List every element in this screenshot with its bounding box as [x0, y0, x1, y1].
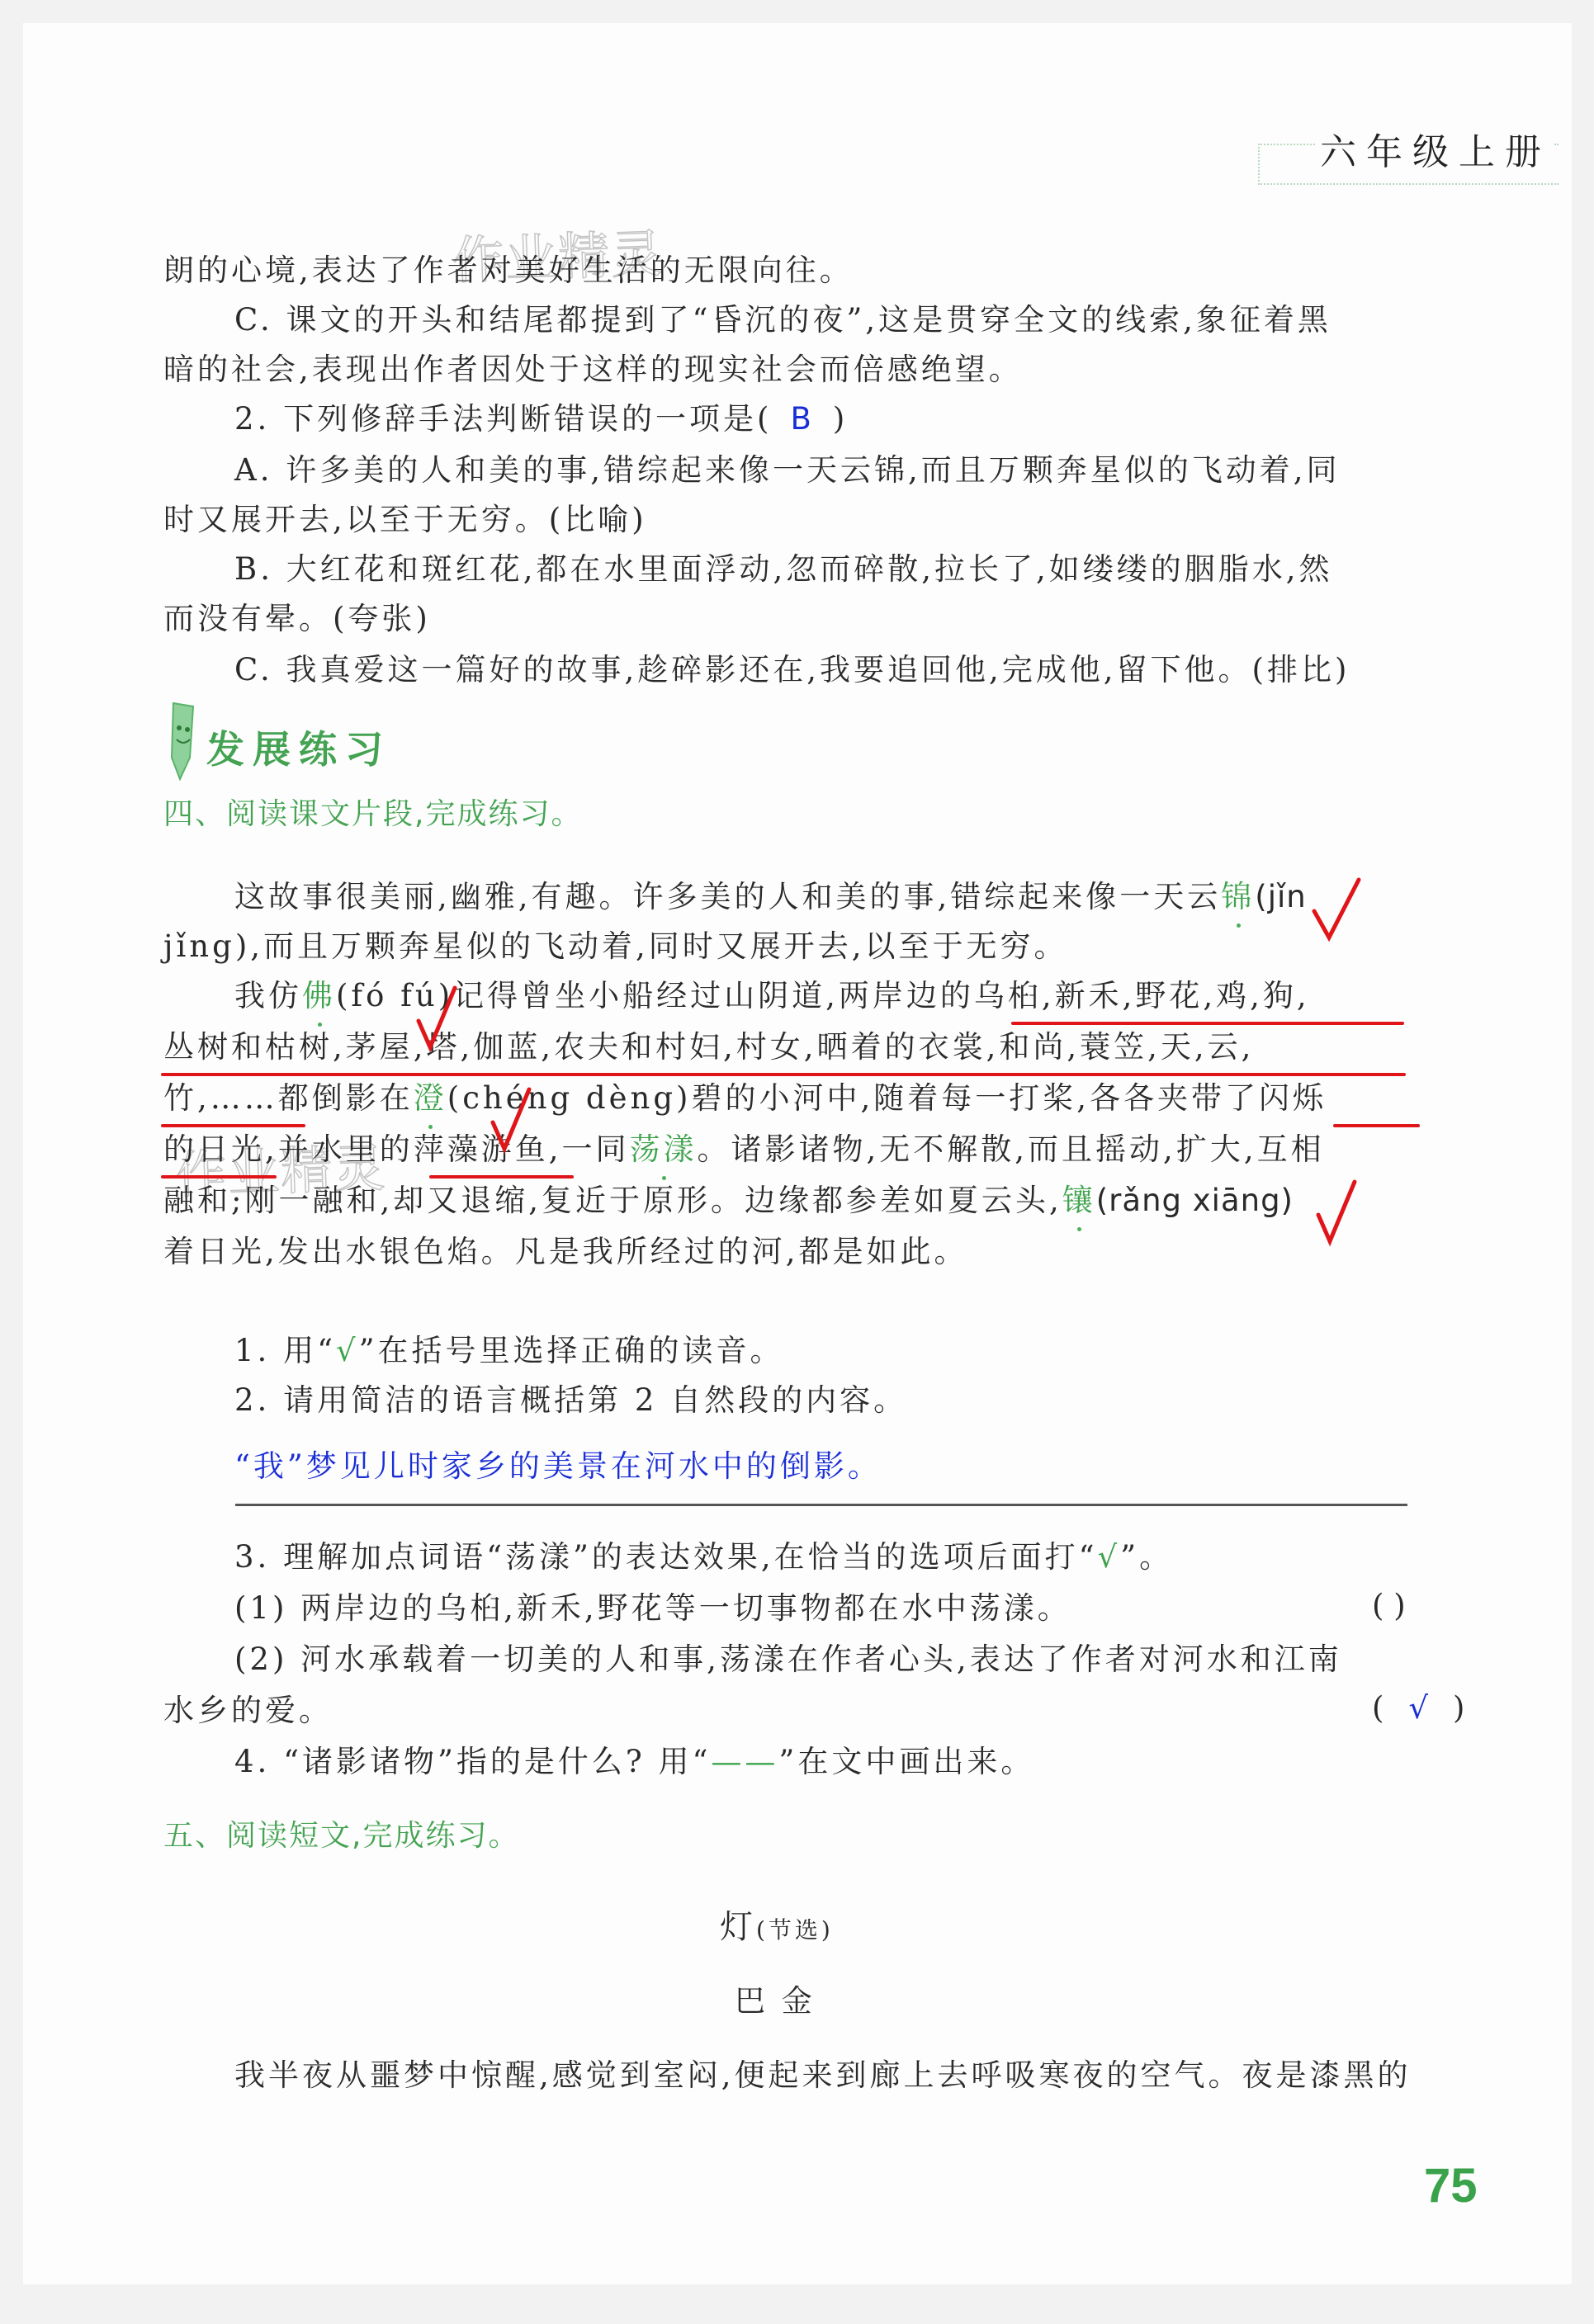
- question-text: ”。: [1120, 1539, 1173, 1575]
- option-c-line: 暗的社会,表现出作者因处于这样的现实社会而倍感绝望。: [163, 349, 1023, 390]
- red-underline-mark: [429, 1175, 574, 1179]
- answer-text[interactable]: “我”梦见儿时家乡的美景在河水中的倒影。: [234, 1446, 882, 1487]
- red-underline-mark: [161, 1175, 277, 1179]
- passage-text: (fó fú)记得曾坐小船经过山阴道,两岸边的乌桕,新禾,野花,鸡,狗,: [336, 978, 1310, 1013]
- passage-text: 竹,……都倒影在: [163, 1080, 414, 1116]
- pencil-mascot-icon: [165, 700, 200, 782]
- dotted-word: 锦: [1221, 876, 1255, 918]
- check-mark-icon: √: [336, 1333, 359, 1368]
- red-underline-mark: [1333, 1124, 1420, 1127]
- passage-line: 着日光,发出水银色焰。凡是我所经过的河,都是如此。: [163, 1231, 968, 1273]
- passage-text: 这故事很美丽,幽雅,有趣。许多美的人和美的事,错综起来像一天云: [234, 879, 1221, 914]
- passage-line: 我仿佛(fó fú)记得曾坐小船经过山阴道,两岸边的乌桕,新禾,野花,鸡,狗,: [234, 975, 1310, 1017]
- question-4: 4. “诸影诸物”指的是什么? 用“——”在文中画出来。: [234, 1741, 1034, 1783]
- underline-symbol: ——: [711, 1744, 778, 1779]
- dotted-word: 镶: [1062, 1180, 1096, 1221]
- article-author: 巴 金: [735, 1981, 816, 2022]
- red-check-icon: [417, 986, 458, 1051]
- passage-line: 这故事很美丽,幽雅,有趣。许多美的人和美的事,错综起来像一天云锦(jǐn: [234, 876, 1307, 918]
- passage-text: 融和;刚一融和,却又退缩,复近于原形。边缘都参差如夏云头,: [163, 1183, 1062, 1218]
- dotted-word: 佛: [302, 975, 336, 1017]
- page-number: 75: [1424, 2158, 1478, 2213]
- article-line: 我半夜从噩梦中惊醒,感觉到室闷,便起来到廊上去呼吸寒夜的空气。夜是漆黑的: [234, 2055, 1412, 2096]
- pinyin-option: (rǎng xiāng): [1096, 1183, 1294, 1218]
- article-note: (节选): [756, 1916, 834, 1944]
- answer-box[interactable]: (√): [1372, 1690, 1464, 1726]
- red-underline-mark: [161, 1073, 1406, 1076]
- red-underline-mark: [161, 1124, 305, 1127]
- passage-text: (chéng dèng)碧的小河中,随着每一打桨,各各夹带了闪烁: [447, 1080, 1327, 1116]
- option-c-line: C. 课文的开头和结尾都提到了“昏沉的夜”,这是贯穿全文的线索,象征着黑: [234, 300, 1331, 341]
- paren-close: ): [1453, 1690, 1464, 1726]
- text-line: 朗的心境,表达了作者对美好生活的无限向往。: [163, 250, 854, 291]
- option-2: (2) 河水承载着一切美的人和事,荡漾在作者心头,表达了作者对河水和江南: [234, 1639, 1342, 1680]
- question-text: ”在文中画出来。: [778, 1744, 1034, 1779]
- answer-b: B: [773, 401, 833, 437]
- option-a-line: A. 许多美的人和美的事,错综起来像一天云锦,而且万颗奔星似的飞动着,同: [234, 450, 1341, 491]
- passage-line: 竹,……都倒影在澄(chéng dèng)碧的小河中,随着每一打桨,各各夹带了闪…: [163, 1078, 1327, 1119]
- option-2: 水乡的爱。: [163, 1690, 333, 1731]
- red-check-icon: [1313, 876, 1362, 942]
- part-5-heading: 五、阅读短文,完成练习。: [163, 1816, 519, 1857]
- answer-box[interactable]: ( ): [1372, 1588, 1406, 1623]
- option-b-line: B. 大红花和斑红花,都在水里面浮动,忽而碎散,拉长了,如缕缕的胭脂水,然: [234, 549, 1333, 590]
- red-check-icon: [491, 1088, 532, 1154]
- check-mark-icon: √: [1098, 1539, 1121, 1575]
- question-text: 3. 理解加点词语“荡漾”的表达效果,在恰当的选项后面打“: [234, 1539, 1098, 1575]
- part-4-heading: 四、阅读课文片段,完成练习。: [163, 794, 582, 835]
- grade-label: 六年级上册: [1317, 122, 1554, 175]
- question-text: 4. “诸影诸物”指的是什么? 用“: [234, 1744, 711, 1779]
- dotted-word: 荡漾: [630, 1129, 698, 1170]
- article-title-text: 灯: [720, 1908, 756, 1946]
- passage-line: 融和;刚一融和,却又退缩,复近于原形。边缘都参差如夏云头,镶(rǎng xiān…: [163, 1180, 1294, 1221]
- dotted-word: 澄: [414, 1078, 447, 1119]
- option-c-line: C. 我真爱这一篇好的故事,趁碎影还在,我要追回他,完成他,留下他。(排比): [234, 649, 1350, 691]
- option-1: (1) 两岸边的乌桕,新禾,野花等一切事物都在水中荡漾。: [234, 1588, 1071, 1629]
- question-text: 1. 用“: [234, 1333, 336, 1368]
- question-2-prompt: 2. 下列修辞手法判断错误的一项是(: [234, 401, 773, 437]
- passage-line: 的日光,并水里的萍藻游鱼,一同荡漾。诸影诸物,无不解散,而且摇动,扩大,互相: [163, 1129, 1325, 1170]
- question-text: ”在括号里选择正确的读音。: [359, 1333, 784, 1368]
- article-title: 灯(节选): [720, 1906, 834, 1951]
- option-a-line: 时又展开去,以至于无穷。(比喻): [163, 499, 647, 541]
- question-3: 3. 理解加点词语“荡漾”的表达效果,在恰当的选项后面打“√”。: [234, 1537, 1173, 1578]
- blue-check-answer: √: [1384, 1690, 1453, 1726]
- question-1: 1. 用“√”在括号里选择正确的读音。: [234, 1330, 783, 1372]
- red-check-icon: [1317, 1180, 1358, 1246]
- passage-line: jǐng),而且万颗奔星似的飞动着,同时又展开去,以至于无穷。: [163, 926, 1068, 967]
- question-2: 2. 请用简洁的语言概括第 2 自然段的内容。: [234, 1380, 907, 1421]
- section-title: 发展练习: [206, 720, 391, 774]
- paren-close: ): [833, 401, 848, 437]
- question-2: 2. 下列修辞手法判断错误的一项是(B): [234, 399, 848, 440]
- passage-line: 丛树和枯树,茅屋,塔,伽蓝,农夫和村妇,村女,晒着的衣裳,和尚,蓑笠,天,云,: [163, 1027, 1254, 1068]
- pinyin-option: (jǐn: [1255, 879, 1306, 914]
- passage-text: 的日光,并水里的萍藻游鱼,一同: [163, 1131, 630, 1167]
- paren-open: (: [1372, 1690, 1384, 1726]
- answer-line: [235, 1504, 1407, 1506]
- red-underline-mark: [1011, 1022, 1404, 1025]
- passage-text: 我仿: [234, 978, 302, 1013]
- option-b-line: 而没有晕。(夸张): [163, 598, 431, 640]
- passage-text: 。诸影诸物,无不解散,而且摇动,扩大,互相: [698, 1131, 1325, 1167]
